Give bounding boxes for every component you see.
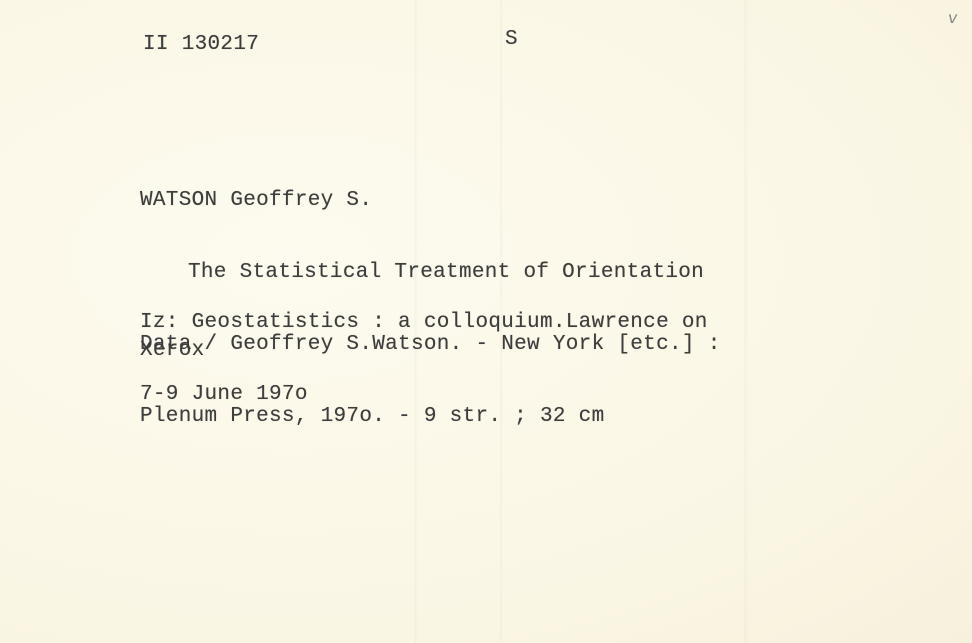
section-mark: S	[505, 28, 518, 52]
format-note: Xerox	[140, 339, 205, 363]
catalog-card: II 130217 S v WATSON Geoffrey S. The Sta…	[0, 0, 972, 643]
source-note: Iz: Geostatistics : a colloquium.Lawrenc…	[140, 263, 708, 455]
author-heading: WATSON Geoffrey S.	[140, 189, 721, 213]
source-line-1: Iz: Geostatistics : a colloquium.Lawrenc…	[140, 311, 708, 335]
source-line-2: 7-9 June 197o	[140, 383, 708, 407]
faint-stamp-mark	[8, 538, 48, 560]
checkmark-handwritten: v	[947, 8, 959, 27]
call-number: II 130217	[143, 33, 259, 57]
